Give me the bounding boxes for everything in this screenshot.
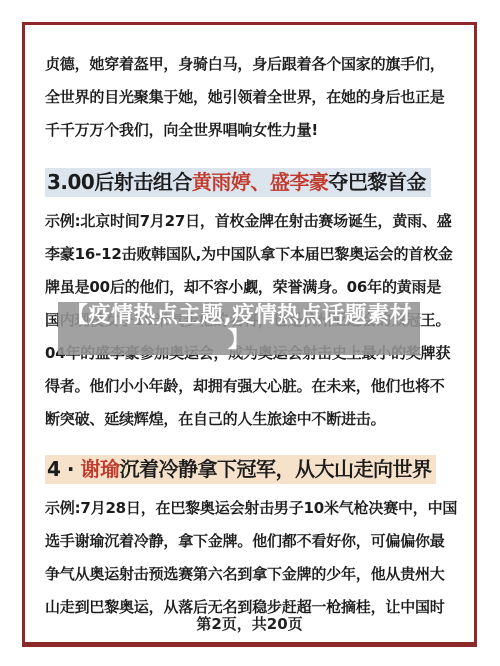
page-footer: 第2页，共20页: [25, 613, 474, 634]
heading-text: 沉着冷静拿下冠军，从大山走向世界: [119, 457, 431, 481]
section3-heading: 3.00后射击组合黄雨婷、盛李豪夺巴黎首金: [45, 168, 431, 197]
text-line: 示例:北京时间7月27日，首枚金牌在射击赛场诞生，黄雨、盛: [45, 205, 448, 238]
intro-paragraph: 贞德，她穿着盔甲，身骑白马，身后跟着各个国家的旗手们，全世界的目光聚集于她，她引…: [45, 48, 448, 147]
text-line: 全世界的目光聚集于她，她引领着全世界，在她的身后也正是: [45, 81, 448, 114]
heading-name-red-text: 谢瑜: [80, 457, 119, 481]
text-line: 牌虽是00后的他们，却不容小觑，荣誉满身。06年的黄雨是: [45, 271, 448, 304]
section4-example-paragraph: 示例:7月28日，在巴黎奥运会射击男子10米气枪决赛中，中国选手谢瑜沉着冷静，拿…: [45, 492, 448, 624]
example-label: 示例:: [45, 212, 80, 230]
text-line: 断突破、延续辉煌，在自己的人生旅途中不断进击。: [45, 403, 448, 436]
example-label: 示例:: [45, 499, 80, 517]
section4-heading: 4 · 谢瑜沉着冷静拿下冠军，从大山走向世界: [45, 455, 436, 484]
text-line: 李豪16-12击败韩国队,为中国队拿下本届巴黎奥运会的首枚金: [45, 238, 448, 271]
text-line: 争气从奥运射击预选赛第六名到拿下金牌的少年，他从贵州大: [45, 558, 448, 591]
watermark-text-line1: 【疫情热点主题,疫情热点话题素材: [66, 303, 412, 328]
text-line: 选手谢瑜沉着冷静，拿下金牌。他们都不看好你，可偏偏你最: [45, 525, 448, 558]
text-line: 千千万万个我们，向全世界唱响女性力量!: [45, 114, 448, 147]
heading-text: 夺巴黎首金: [328, 170, 426, 194]
text-line: 得者。他们小小年龄，却拥有强大心脏。在未来，他们也将不: [45, 370, 448, 403]
watermark-text-line2: 】: [228, 328, 251, 353]
text-line: 贞德，她穿着盔甲，身骑白马，身后跟着各个国家的旗手们，: [45, 48, 448, 81]
heading-text: 4 ·: [47, 457, 80, 481]
heading-name-red-text: 黄雨婷、盛李豪: [192, 170, 329, 194]
heading-text: 3.00后射击组合: [47, 170, 192, 194]
text-line: 示例:7月28日，在巴黎奥运会射击男子10米气枪决赛中，中国: [45, 492, 448, 525]
watermark-overlay: 【疫情热点主题,疫情热点话题素材 】: [58, 302, 420, 355]
